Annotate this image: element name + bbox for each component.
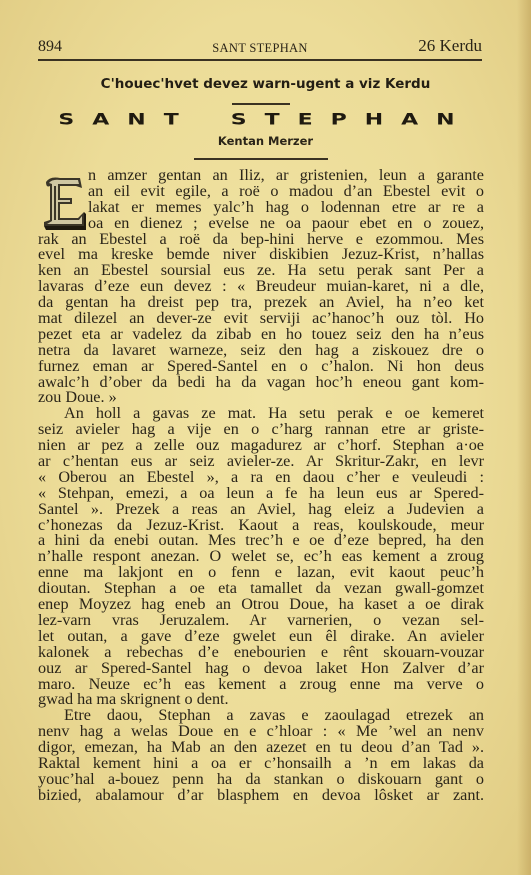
page-spine-shadow [517,0,531,875]
text-line: bizied, abalamour d’ar blasphem en devoa… [38,788,484,804]
paragraph-2: An holl a gavas ze mat. Ha setu perak e … [38,406,484,708]
header-rule [38,59,482,61]
paragraph-1: n amzer gentan an Iliz, ar gristenien, l… [38,168,484,406]
feast-day-heading: C'houec'hvet devez warn-ugent a viz Kerd… [0,76,531,92]
short-divider [232,103,290,105]
title-divider [194,158,328,160]
paragraph-3: Etre daou, Stephan a zavas e zaoulagad e… [38,708,484,803]
title-word-2: STEPHAN [231,111,473,129]
book-page: 894 SANT STEPHAN 26 Kerdu C'houec'hvet d… [0,0,531,875]
subtitle: Kentan Merzer [0,134,531,148]
running-head-title: SANT STEPHAN [38,41,482,56]
page-title: SANTSTEPHAN [0,111,531,129]
title-word-1: SANT [58,111,196,129]
article-body: n amzer gentan an Iliz, ar gristenien, l… [38,168,484,804]
running-head: 894 SANT STEPHAN 26 Kerdu [38,36,482,60]
running-head-date: 26 Kerdu [418,36,482,56]
